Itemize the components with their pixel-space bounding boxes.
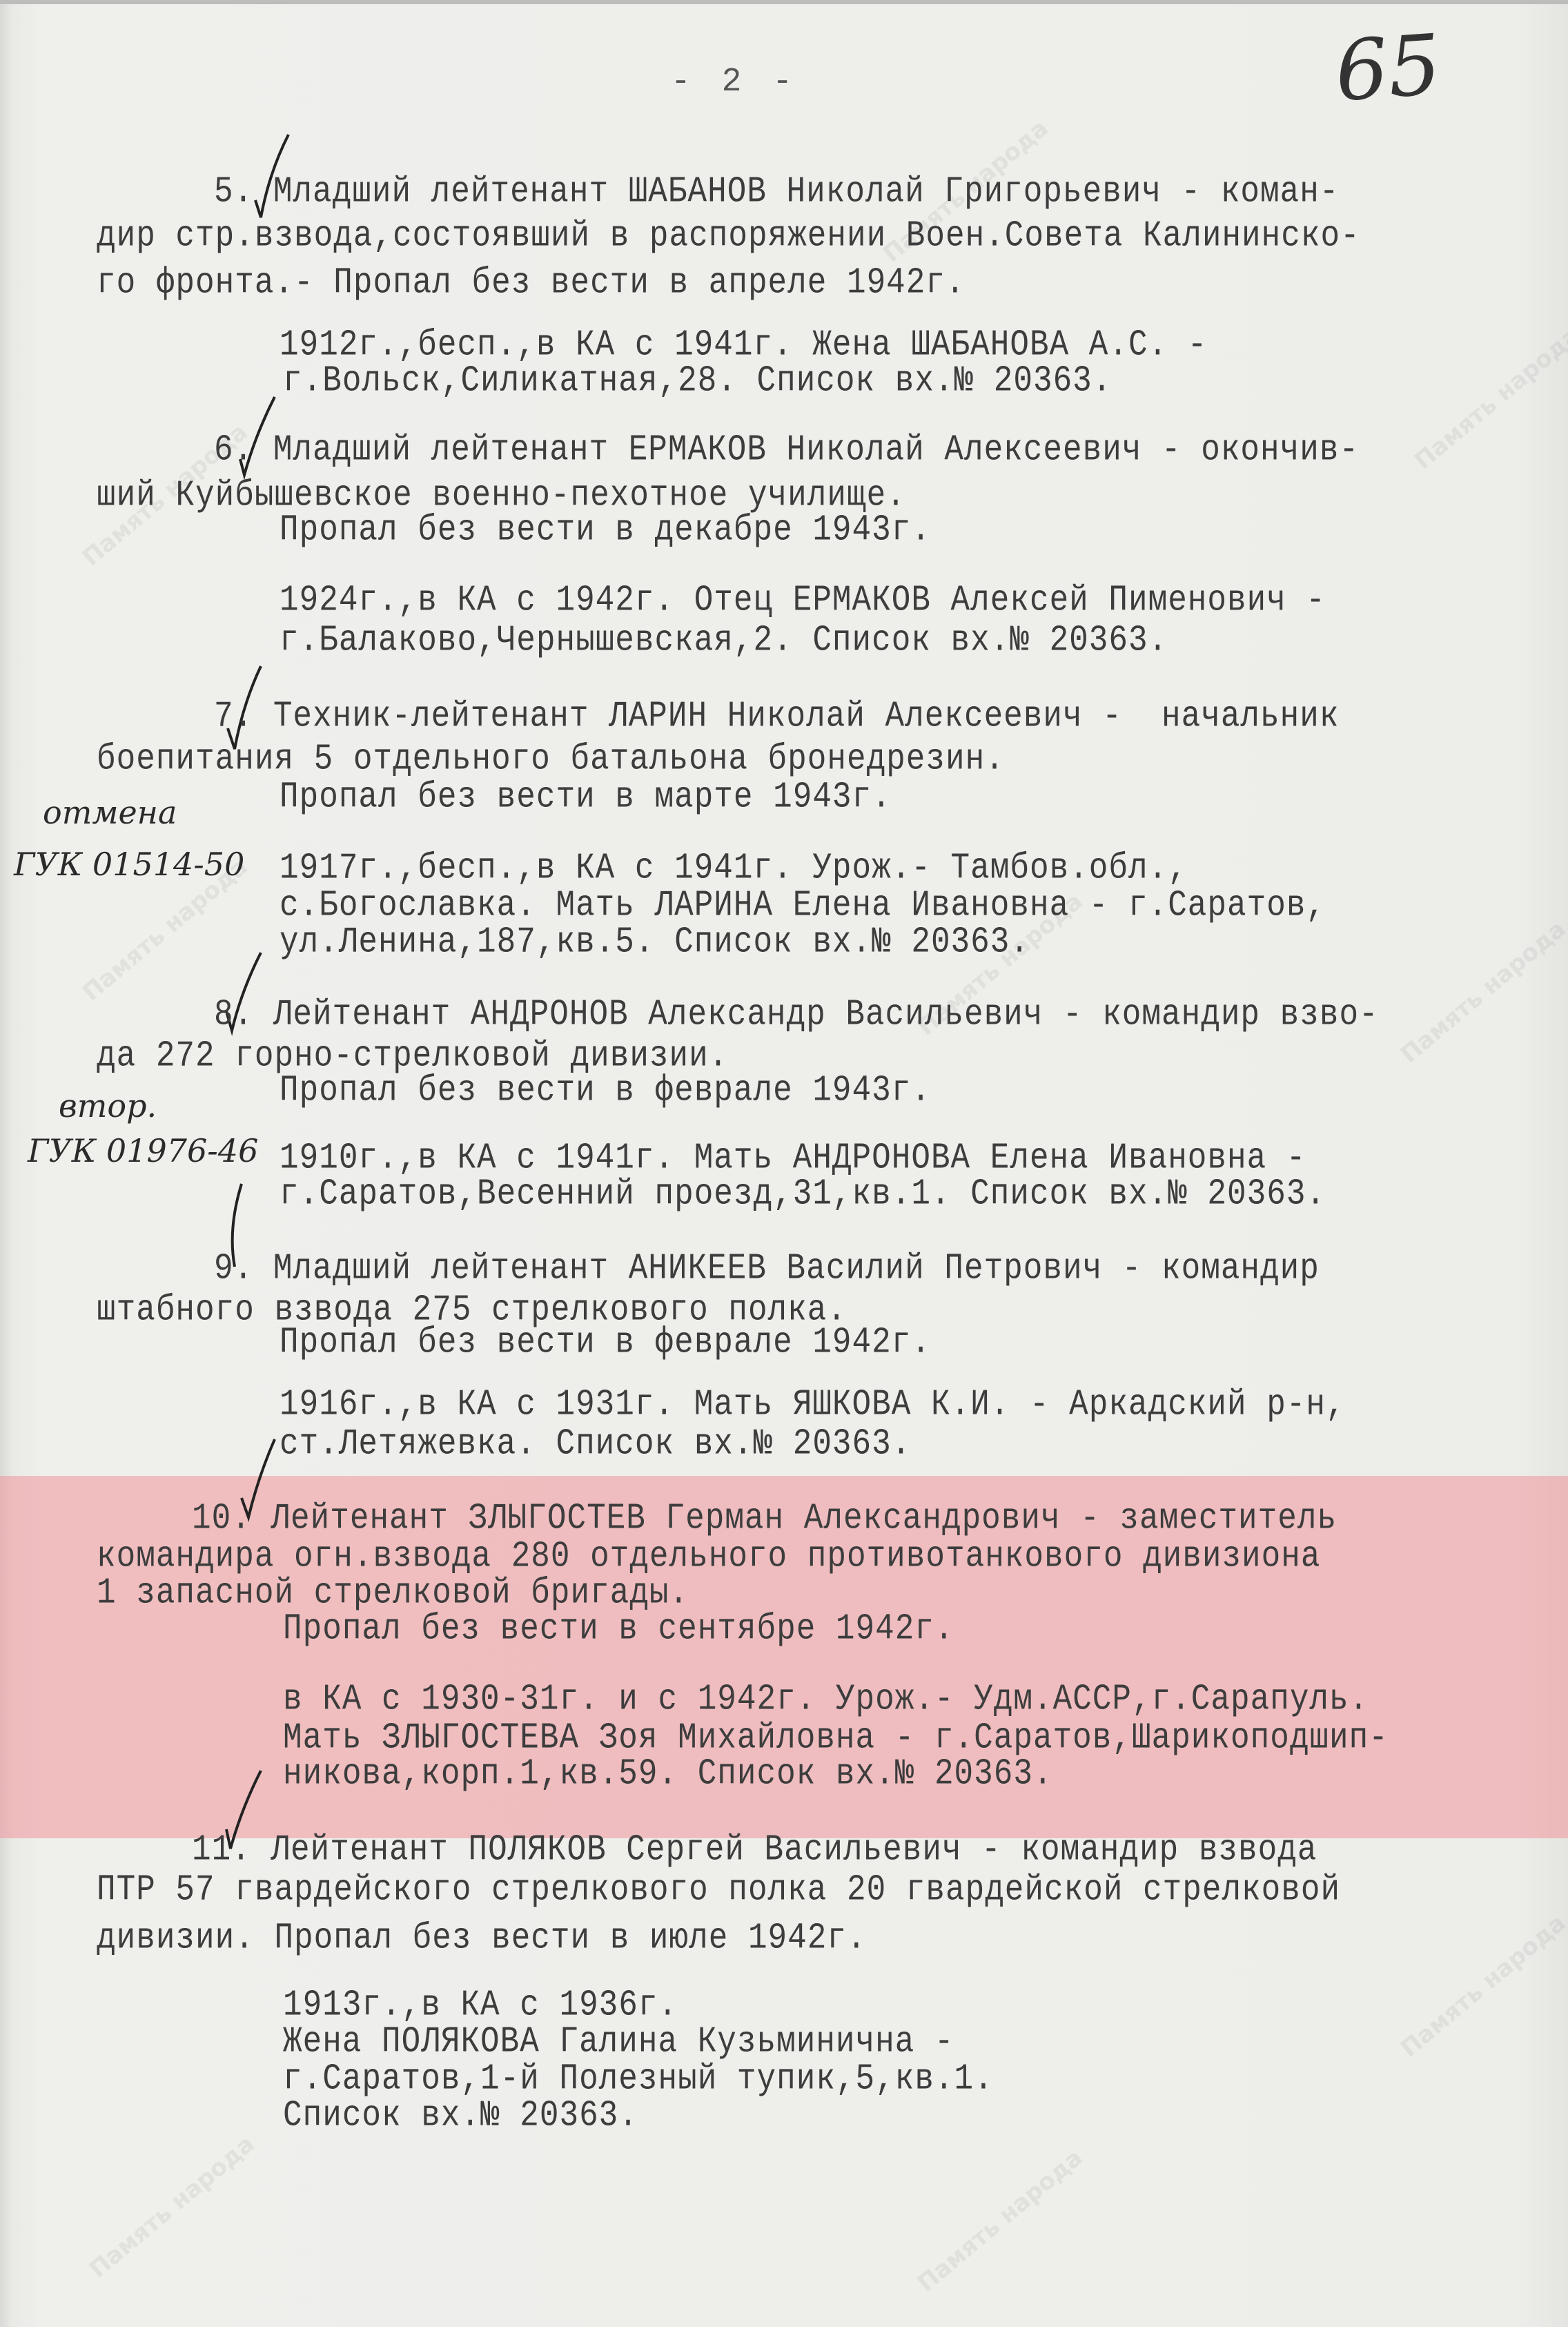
entry-line: Пропал без вести в марте 1943г. [280, 777, 892, 818]
folio-number: 65 [1332, 17, 1444, 120]
scan-edge [0, 0, 1568, 4]
entry-line: 1913г.,в КА с 1936г. [283, 1985, 678, 2026]
entry-line: с.Богославка. Мать ЛАРИНА Елена Ивановна… [280, 885, 1326, 926]
entry-line: боепитания 5 отдельного батальона бронед… [97, 739, 1005, 780]
entry-line: ст.Летяжевка. Список вх.№ 20363. [280, 1423, 911, 1465]
watermark: Память народа [1397, 917, 1568, 1067]
watermark: Память народа [1411, 323, 1568, 474]
entry-line: командира огн.взвода 280 отдельного прот… [97, 1536, 1320, 1577]
entry-line: 7. Техник-лейтенант ЛАРИН Николай Алексе… [214, 696, 1339, 737]
watermark: Память народа [914, 2145, 1087, 2296]
entry-line: г.Балаково,Чернышевская,2. Список вх.№ 2… [280, 620, 1168, 661]
entry-line: 9. Младший лейтенант АНИКЕЕВ Василий Пет… [214, 1248, 1320, 1289]
entry-line: 5. Младший лейтенант ШАБАНОВ Николай Гри… [214, 171, 1339, 213]
entry-line: Пропал без вести в феврале 1942г. [280, 1322, 931, 1363]
margin-note-cancel: отмена [43, 794, 177, 831]
entry-line: дивизии. Пропал без вести в июле 1942г. [97, 1918, 867, 1959]
page-number: - 2 - [671, 64, 798, 101]
entry-line: Мать ЗЛЫГОСТЕВА Зоя Михайловна - г.Сарат… [283, 1717, 1389, 1759]
entry-line: ПТР 57 гвардейского стрелкового полка 20… [97, 1869, 1340, 1911]
entry-line: 6. Младший лейтенант ЕРМАКОВ Николай Але… [214, 429, 1359, 471]
entry-line: 1917г.,бесп.,в КА с 1941г. Урож.- Тамбов… [280, 848, 1188, 889]
entry-line: Список вх.№ 20363. [283, 2095, 638, 2136]
entry-line: 1910г.,в КА с 1941г. Мать АНДРОНОВА Елен… [280, 1138, 1306, 1179]
entry-line: го фронта.- Пропал без вести в апреле 19… [97, 262, 966, 304]
entry-line: г.Саратов,1-й Полезный тупик,5,кв.1. [283, 2058, 994, 2100]
entry-line: 11. Лейтенант ПОЛЯКОВ Сергей Васильевич … [192, 1829, 1317, 1871]
margin-note-ref: ГУК 01514-50 [14, 846, 244, 883]
entry-line: Пропал без вести в феврале 1943г. [280, 1070, 931, 1111]
entry-line: дир стр.взвода,состоявший в распоряжении… [97, 215, 1360, 257]
entry-line: Пропал без вести в сентябре 1942г. [283, 1608, 954, 1650]
entry-line: ул.Ленина,187,кв.5. Список вх.№ 20363. [280, 922, 1030, 963]
entry-line: Жена ПОЛЯКОВА Галина Кузьминична - [283, 2021, 954, 2063]
entry-line: 1 запасной стрелковой бригады. [97, 1573, 689, 1614]
entry-line: никова,корп.1,кв.59. Список вх.№ 20363. [283, 1753, 1053, 1795]
entry-line: 8. Лейтенант АНДРОНОВ Александр Васильев… [214, 994, 1379, 1035]
document-page: Память народа Память народа Память народ… [0, 0, 1568, 2327]
watermark: Память народа [86, 2132, 259, 2282]
margin-note-ref: ГУК 01976-46 [28, 1132, 258, 1169]
watermark: Память народа [1397, 1911, 1568, 2061]
entry-line: г.Вольск,Силикатная,28. Список вх.№ 2036… [283, 360, 1112, 402]
entry-line: 1912г.,бесп.,в КА с 1941г. Жена ШАБАНОВА… [280, 324, 1207, 366]
entry-line: Пропал без вести в декабре 1943г. [280, 509, 931, 551]
entry-line: 10. Лейтенант ЗЛЫГОСТЕВ Герман Александр… [192, 1498, 1337, 1539]
entry-line: в КА с 1930-31г. и с 1942г. Урож.- Удм.А… [283, 1679, 1369, 1720]
entry-line: 1924г.,в КА с 1942г. Отец ЕРМАКОВ Алексе… [280, 580, 1326, 621]
entry-line: 1916г.,в КА с 1931г. Мать ЯШКОВА К.И. - … [280, 1384, 1346, 1425]
entry-line: г.Саратов,Весенний проезд,31,кв.1. Списо… [280, 1174, 1326, 1215]
margin-note-second: втор. [59, 1087, 157, 1124]
